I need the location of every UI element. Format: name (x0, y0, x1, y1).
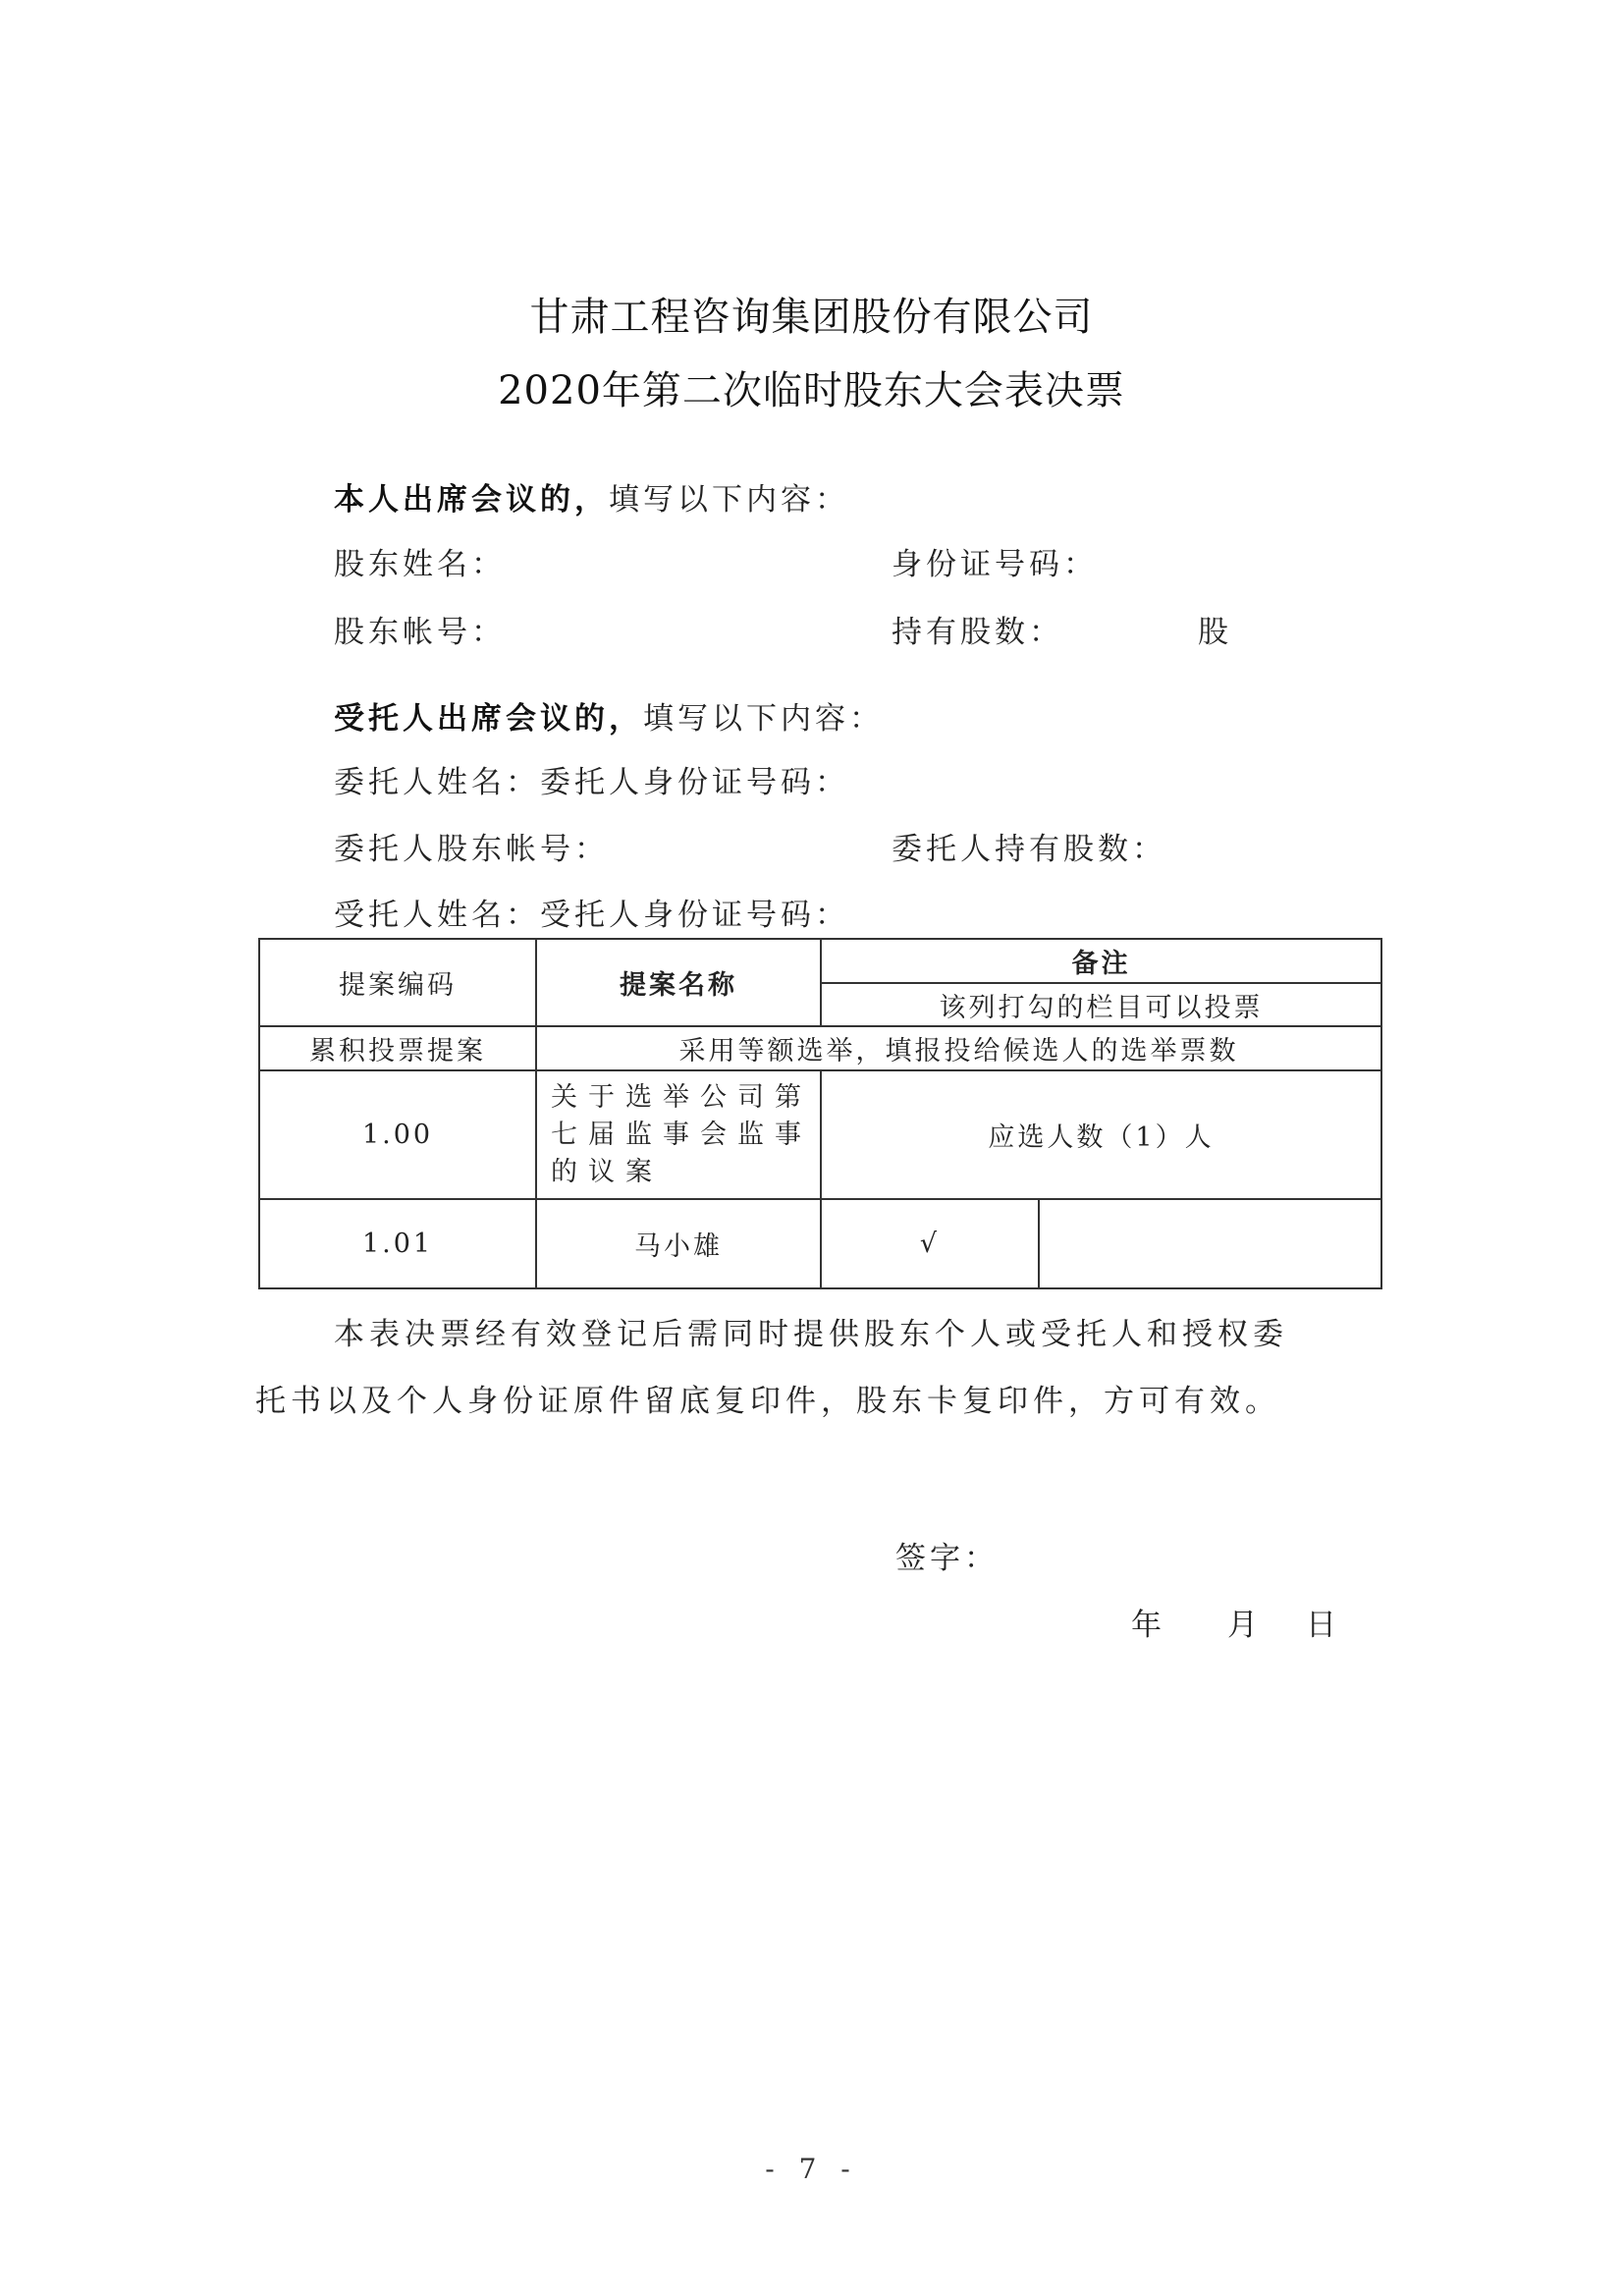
id-number-field[interactable]: 身份证号码： (892, 548, 1098, 581)
proxy-attend-heading-bold: 受托人出席会议的， (334, 701, 643, 737)
self-attend-heading-bold: 本人出席会议的， (334, 482, 609, 518)
proposal-code: 1.00 (259, 1070, 536, 1199)
candidate-name: 马小雄 (536, 1199, 821, 1288)
proxy-id-label: 受托人身份证号码： (540, 898, 849, 933)
proposal-remark: 应选人数（1）人 (821, 1070, 1381, 1199)
proxy-name-label: 受托人姓名： (334, 898, 540, 933)
table-row: 1.01 马小雄 √ (259, 1199, 1381, 1288)
signature-field[interactable]: 签字： (895, 1542, 999, 1575)
principal-name-and-id-field[interactable]: 委托人姓名：委托人身份证号码： (334, 766, 849, 799)
cumulative-description: 采用等额选举，填报投给候选人的选举票数 (536, 1026, 1381, 1070)
candidate-code: 1.01 (259, 1199, 536, 1288)
notice-line-2: 托书以及个人身份证原件留底复印件，股东卡复印件，方可有效。 (255, 1385, 1280, 1418)
proposal-name: 关于选举公司第七届监事会监事的议案 (536, 1070, 821, 1199)
voting-table: 提案编码 提案名称 备注 该列打勾的栏目可以投票 累积投票提案 采用等额选举，填… (258, 938, 1382, 1289)
principal-id-label: 委托人身份证号码： (540, 765, 849, 800)
cumulative-label: 累积投票提案 (259, 1026, 536, 1070)
date-day-label: 日 (1306, 1609, 1340, 1642)
date-year-label: 年 (1131, 1609, 1165, 1642)
proxy-attend-heading-rest: 填写以下内容： (643, 701, 884, 737)
candidate-check-cell[interactable]: √ (821, 1199, 1039, 1288)
principal-shares-field[interactable]: 委托人持有股数： (892, 833, 1166, 866)
checkmark-icon: √ (920, 1229, 940, 1259)
document-title-company: 甘肃工程咨询集团股份有限公司 (0, 298, 1623, 337)
cumulative-voting-row: 累积投票提案 采用等额选举，填报投给候选人的选举票数 (259, 1026, 1381, 1070)
header-proposal-name: 提案名称 (536, 939, 821, 1026)
shares-unit-label: 股 (1198, 616, 1232, 649)
table-row: 1.00 关于选举公司第七届监事会监事的议案 应选人数（1）人 (259, 1070, 1381, 1199)
header-remark-sub: 该列打勾的栏目可以投票 (821, 983, 1381, 1026)
shareholder-name-field[interactable]: 股东姓名： (334, 548, 506, 581)
shares-held-field[interactable]: 持有股数： (892, 616, 1063, 649)
principal-account-field[interactable]: 委托人股东帐号： (334, 833, 609, 866)
header-remark: 备注 (821, 939, 1381, 983)
self-attend-heading-rest: 填写以下内容： (609, 482, 849, 518)
document-title-meeting: 2020年第二次临时股东大会表决票 (0, 371, 1623, 410)
notice-line-1: 本表决票经有效登记后需同时提供股东个人或受托人和授权委 (334, 1318, 1288, 1351)
self-attend-heading: 本人出席会议的，填写以下内容： (334, 483, 849, 517)
proxy-attend-heading: 受托人出席会议的，填写以下内容： (334, 702, 884, 736)
header-proposal-code: 提案编码 (259, 939, 536, 1026)
shareholder-account-field[interactable]: 股东帐号： (334, 616, 506, 649)
page-number: - 7 - (0, 2153, 1623, 2185)
principal-name-label: 委托人姓名： (334, 765, 540, 800)
table-header-row: 提案编码 提案名称 备注 (259, 939, 1381, 983)
date-month-label: 月 (1227, 1609, 1262, 1642)
candidate-votes-cell[interactable] (1039, 1199, 1381, 1288)
proxy-name-and-id-field[interactable]: 受托人姓名：受托人身份证号码： (334, 899, 849, 932)
